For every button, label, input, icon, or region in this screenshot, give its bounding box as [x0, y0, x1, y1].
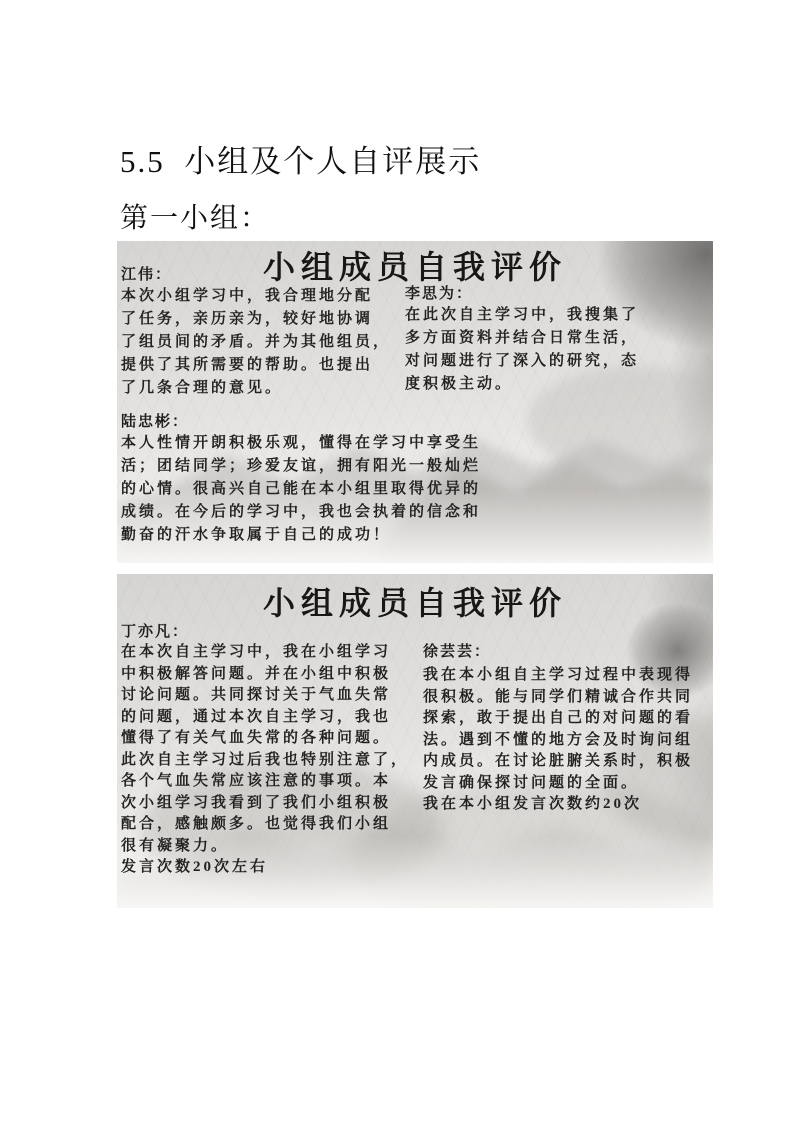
member-evaluation-luzhongbin: 本人性情开朗积极乐观，懂得在学习中享受生 活；团结同学；珍爱友谊，拥有阳光一般灿…: [121, 432, 561, 547]
member-evaluation-lisiwei: 在此次自主学习中，我搜集了 多方面资料并结合日常生活， 对问题进行了深入的研究，…: [405, 304, 705, 396]
member-name-xuyunyun: 徐芸芸：: [423, 640, 491, 661]
section-title: 5.5 小组及个人自评展示: [120, 136, 481, 181]
member-evaluation-jiangwei: 本次小组学习中，我合理地分配 了任务，亲历亲为，较好地协调 了组员间的矛盾。并为…: [121, 285, 421, 400]
evaluation-panel-2: 小组成员自我评价 丁亦凡： 在本次自主学习中，我在小组学习 中积极解答问题。并在…: [117, 574, 713, 908]
member-evaluation-dingyifan: 在本次自主学习中，我在小组学习 中积极解答问题。并在小组中积极 讨论问题。共同探…: [121, 642, 437, 879]
member-name-jiangwei: 江伟：: [121, 263, 172, 284]
member-name-lisiwei: 李思为：: [405, 282, 473, 303]
member-name-luzhongbin: 陆忠彬：: [121, 410, 189, 431]
member-evaluation-xuyunyun: 我在本小组自主学习过程中表现得 很积极。能与同学们精诚合作共同 探索，敢于提出自…: [423, 665, 713, 816]
panel-title: 小组成员自我评价: [117, 578, 713, 624]
member-name-dingyifan: 丁亦凡：: [121, 620, 189, 641]
evaluation-panel-1: 小组成员自我评价 江伟： 本次小组学习中，我合理地分配 了任务，亲历亲为，较好地…: [117, 241, 713, 563]
group-label: 第一小组：: [120, 196, 270, 236]
document-page: 5.5 小组及个人自评展示 第一小组： 小组成员自我评价 江伟： 本次小组学习中…: [0, 0, 794, 1123]
